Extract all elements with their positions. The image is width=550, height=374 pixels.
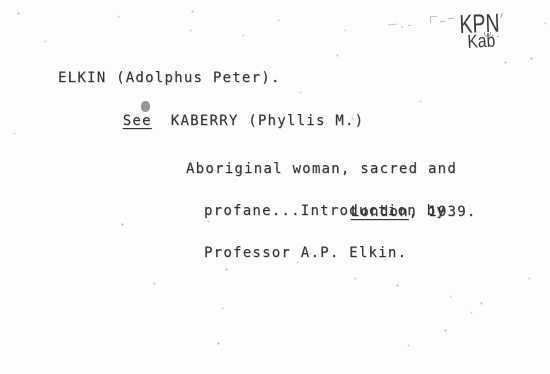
imprint-year: , 1939. — [409, 204, 477, 220]
catalog-card: ELKIN (Adolphus Peter). SeeKABERRY (Phyl… — [0, 0, 550, 374]
pencil-smudge — [388, 24, 397, 26]
pencil-smudge — [408, 25, 411, 26]
pencil-smudge — [497, 36, 499, 37]
title-line-1: Aboriginal woman, sacred and — [186, 162, 457, 176]
title-line-3: Professor A.P. Elkin. — [186, 246, 457, 260]
pencil-smudge — [448, 18, 454, 20]
imprint-line: London, 1939. — [312, 191, 477, 233]
pencil-smudge — [440, 21, 445, 23]
scan-noise-speckles — [0, 0, 1, 1]
ink-overstrike-mark — [141, 101, 150, 112]
pencil-smudge — [401, 26, 403, 28]
imprint-place: London — [351, 204, 409, 220]
see-label: See — [123, 113, 152, 129]
pencil-smudge — [492, 35, 494, 36]
author-heading: ELKIN (Adolphus Peter). — [58, 71, 281, 85]
see-reference-target: KABERRY (Phyllis M.) — [171, 113, 365, 129]
pencil-smudge — [430, 16, 437, 23]
pencil-smudge — [500, 13, 502, 18]
